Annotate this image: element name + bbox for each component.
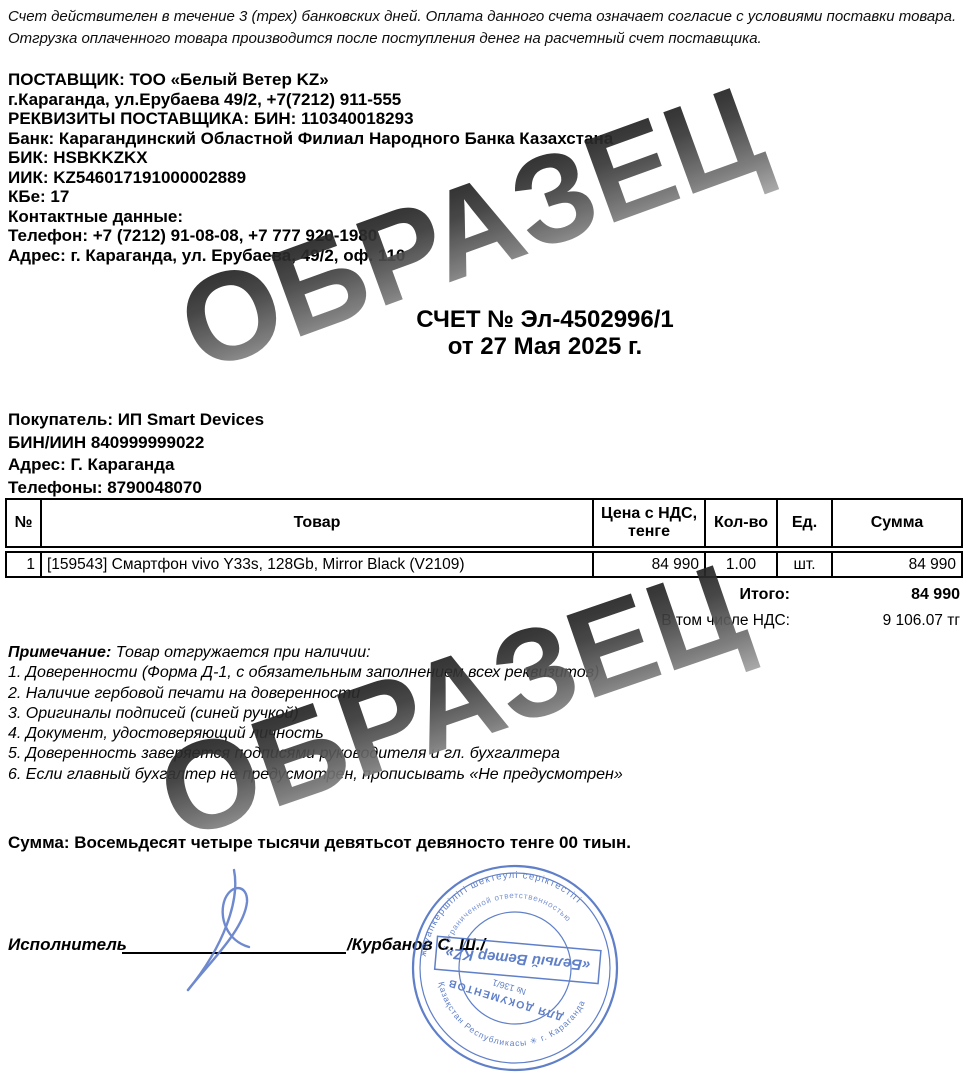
supplier-line: Телефон: +7 (7212) 91-08-08, +7 777 920-…	[8, 226, 613, 246]
supplier-line: Адрес: г. Караганда, ул. Ерубаева, 49/2,…	[8, 246, 613, 266]
table-row: 1 [159543] Смартфон vivo Y33s, 128Gb, Mi…	[5, 551, 963, 578]
note-item: 1. Доверенности (Форма Д-1, с обязательн…	[8, 663, 623, 683]
supplier-line: БИК: HSBKKZKX	[8, 148, 613, 168]
signature-scribble	[148, 858, 318, 1003]
note-item: 6. Если главный бухгалтер не предусмотре…	[8, 765, 623, 785]
buyer-block: Покупатель: ИП Smart Devices БИН/ИИН 840…	[8, 409, 264, 499]
buyer-line: Адрес: Г. Караганда	[8, 454, 264, 477]
cell-sum: 84 990	[833, 553, 961, 576]
header-sum: Сумма	[833, 500, 961, 546]
table-header-row: № Товар Цена с НДС, тенге Кол-во Ед. Сум…	[5, 498, 963, 548]
notes-intro: Примечание: Товар отгружается при наличи…	[8, 643, 623, 663]
amount-in-words: Сумма: Восемьдесят четыре тысячи девятьс…	[8, 833, 631, 853]
supplier-block: ПОСТАВЩИК: ТОО «Белый Ветер KZ» г.Карага…	[8, 70, 613, 265]
buyer-line: БИН/ИИН 840999999022	[8, 432, 264, 455]
invoice-date: от 27 Мая 2025 г.	[120, 333, 970, 360]
note-item: 4. Документ, удостоверяющий личность	[8, 724, 623, 744]
note-item: 3. Оригиналы подписей (синей ручкой)	[8, 704, 623, 724]
supplier-line: Банк: Карагандинский Областной Филиал На…	[8, 129, 613, 149]
buyer-line: Покупатель: ИП Smart Devices	[8, 409, 264, 432]
vat-label: В том числе НДС:	[661, 612, 790, 630]
invoice-title: СЧЕТ № Эл-4502996/1 от 27 Мая 2025 г.	[120, 306, 970, 360]
items-table: № Товар Цена с НДС, тенге Кол-во Ед. Сум…	[5, 498, 963, 578]
vat-value: 9 106.07 тг	[883, 612, 960, 630]
buyer-line: Телефоны: 8790048070	[8, 477, 264, 500]
company-stamp: жауапкершілігі шектеулі серіктестігі Қаз…	[404, 860, 626, 1078]
supplier-line: г.Караганда, ул.Ерубаева 49/2, +7(7212) …	[8, 90, 613, 110]
total-value: 84 990	[911, 586, 960, 604]
invoice-document: Счет действителен в течение 3 (трех) бан…	[0, 0, 971, 1080]
invoice-number: СЧЕТ № Эл-4502996/1	[120, 306, 970, 333]
cell-product: [159543] Смартфон vivo Y33s, 128Gb, Mirr…	[42, 553, 594, 576]
total-label: Итого:	[740, 586, 790, 604]
supplier-line: ИИК: KZ546017191000002889	[8, 168, 613, 188]
cell-qty: 1.00	[706, 553, 778, 576]
note-item: 2. Наличие гербовой печати на довереннос…	[8, 684, 623, 704]
header-price: Цена с НДС, тенге	[594, 500, 706, 546]
supplier-line: Контактные данные:	[8, 207, 613, 227]
supplier-line: ПОСТАВЩИК: ТОО «Белый Ветер KZ»	[8, 70, 613, 90]
supplier-line: РЕКВИЗИТЫ ПОСТАВЩИКА: БИН: 110340018293	[8, 109, 613, 129]
supplier-line: КБе: 17	[8, 187, 613, 207]
cell-num: 1	[7, 553, 42, 576]
header-unit: Ед.	[778, 500, 833, 546]
header-product: Товар	[42, 500, 594, 546]
validity-note: Счет действителен в течение 3 (трех) бан…	[8, 6, 962, 50]
header-num: №	[7, 500, 42, 546]
note-item: 5. Доверенность заверяется подписями рук…	[8, 744, 623, 764]
cell-price: 84 990	[594, 553, 706, 576]
cell-unit: шт.	[778, 553, 833, 576]
notes-block: Примечание: Товар отгружается при наличи…	[8, 643, 623, 785]
notes-title: Примечание:	[8, 644, 111, 661]
notes-intro-text: Товар отгружается при наличии:	[111, 644, 370, 661]
header-qty: Кол-во	[706, 500, 778, 546]
executor-label: Исполнитель	[8, 935, 127, 955]
